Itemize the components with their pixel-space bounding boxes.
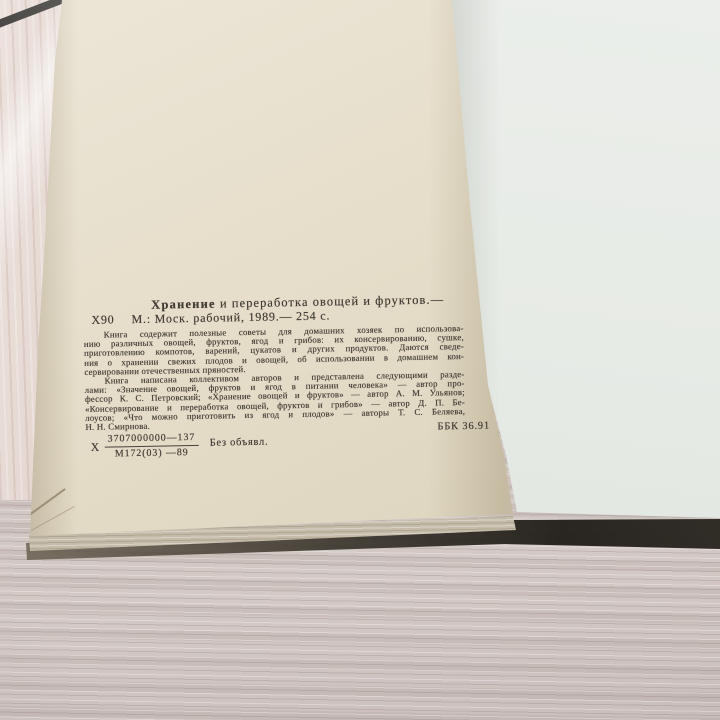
udc-index: Х90 [91,312,114,326]
annotation-paragraph-2: Книга написана коллективом авторов и пре… [84,370,465,432]
catalog-card-row: Х 3707000000—137 М172(03) —89 Без объявл… [86,427,466,464]
bbk-classification: ББК 36.91 [437,421,490,433]
book-photo-scene: Хранение и переработка овощей и фруктов.… [0,0,720,720]
no-announcement-note: Без объявл. [210,437,269,449]
imprint-text-block: Хранение и переработка овощей и фруктов.… [83,289,466,464]
annotation-paragraph-1: Книга содержит полезные советы для домаш… [84,324,465,377]
publisher-info: М.: Моск. рабочий, 1989.— 254 с. [131,308,330,326]
fraction-denominator: М172(03) —89 [115,446,189,460]
catalog-prefix: Х [91,442,100,454]
heading-title: Хранение [151,297,216,312]
print-run-fraction: 3707000000—137 М172(03) —89 [105,432,199,461]
